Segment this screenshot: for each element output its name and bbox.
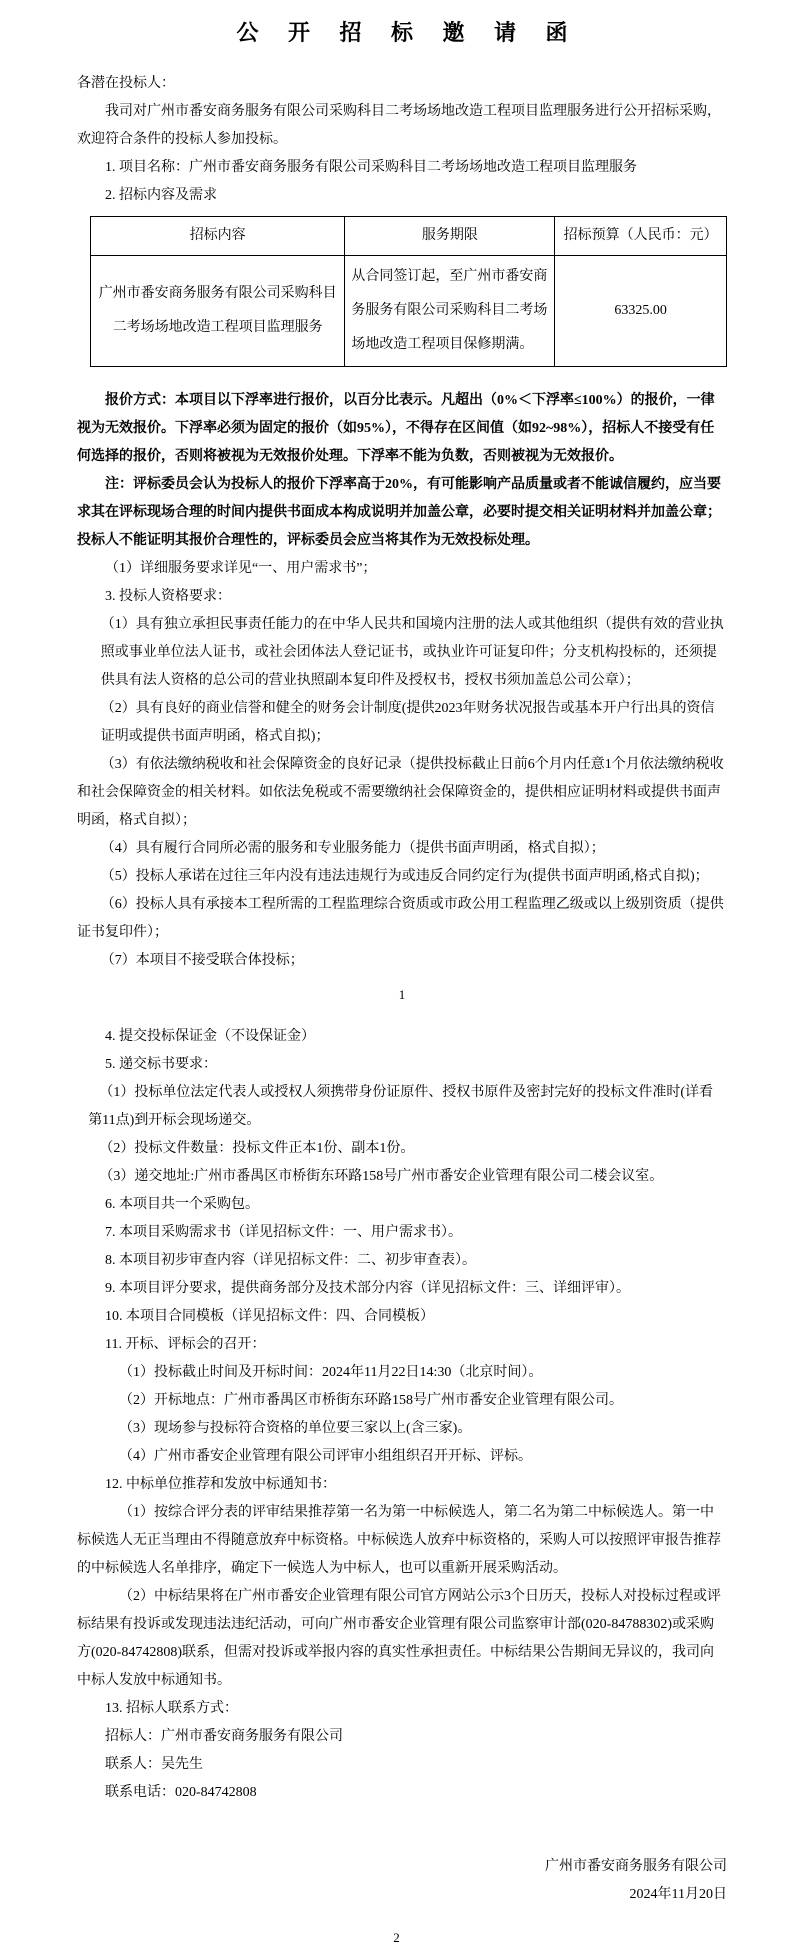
header-bid-budget: 招标预算（人民币：元） [555, 217, 727, 256]
page-number-1: 1 [77, 981, 727, 1009]
salutation: 各潜在投标人： [77, 70, 727, 98]
signature-date: 2024年11月20日 [77, 1881, 727, 1909]
qualification-4: （4）具有履行合同所必需的服务和专业服务能力（提供书面声明函，格式自拟）； [77, 835, 727, 863]
item-8-preliminary-review: 8. 本项目初步审查内容（详见招标文件：二、初步审查表）。 [77, 1247, 727, 1275]
opening-3-min-bidders: （3）现场参与投标符合资格的单位要三家以上(含三家)。 [77, 1415, 727, 1443]
item-1-project-name: 1. 项目名称：广州市番安商务服务有限公司采购科目二考场场地改造工程项目监理服务 [77, 154, 727, 182]
item-5-submission: 5. 递交标书要求： [77, 1051, 727, 1079]
item-11-bid-opening: 11. 开标、评标会的召开： [77, 1331, 727, 1359]
qualification-3: （3）有依法缴纳税收和社会保障资金的良好记录（提供投标截止日前6个月内任意1个月… [77, 751, 727, 835]
cell-service-period: 从合同签订起，至广州市番安商务服务有限公司采购科目二考场场地改造工程项目保修期满… [345, 256, 555, 367]
signature-block: 广州市番安商务服务有限公司 2024年11月20日 [77, 1853, 727, 1909]
item-3-qualification: 3. 投标人资格要求： [77, 583, 727, 611]
contact-phone: 联系电话：020-84742808 [77, 1779, 727, 1807]
item-12-award-notice: 12. 中标单位推荐和发放中标通知书： [77, 1471, 727, 1499]
document-title: 公 开 招 标 邀 请 函 [77, 16, 727, 50]
submission-1: （1）投标单位法定代表人或授权人须携带身份证原件、授权书原件及密封完好的投标文件… [88, 1079, 727, 1135]
signature-company: 广州市番安商务服务有限公司 [77, 1853, 727, 1881]
contact-company: 招标人：广州市番安商务服务有限公司 [77, 1723, 727, 1751]
spacer [77, 379, 727, 387]
bid-invitation-document: 公 开 招 标 邀 请 函 各潜在投标人： 我司对广州市番安商务服务有限公司采购… [0, 0, 793, 1956]
item-9-scoring: 9. 本项目评分要求，提供商务部分及技术部分内容（详见招标文件：三、详细评审）。 [77, 1275, 727, 1303]
detail-service-requirement: （1）详细服务要求详见“一、用户需求书”； [77, 555, 727, 583]
qualification-6: （6）投标人具有承接本工程所需的工程监理综合资质或市政公用工程监理乙级或以上级别… [77, 891, 727, 947]
item-13-contact: 13. 招标人联系方式： [77, 1695, 727, 1723]
item-2-bid-content: 2. 招标内容及需求 [77, 182, 727, 210]
page-number-2: 2 [0, 1930, 793, 1946]
opening-1-deadline: （1）投标截止时间及开标时间：2024年11月22日14:30（北京时间）。 [77, 1359, 727, 1387]
opening-4-review-group: （4）广州市番安企业管理有限公司评审小组组织召开开标、评标。 [77, 1443, 727, 1471]
award-1-candidates: （1）按综合评分表的评审结果推荐第一名为第一中标候选人，第二名为第二中标候选人。… [77, 1499, 727, 1583]
item-6-package: 6. 本项目共一个采购包。 [77, 1191, 727, 1219]
evaluation-committee-note: 注：评标委员会认为投标人的报价下浮率高于20%，有可能影响产品质量或者不能诚信履… [77, 471, 727, 555]
opening-2-location: （2）开标地点：广州市番禺区市桥街东环路158号广州市番安企业管理有限公司。 [77, 1387, 727, 1415]
award-2-publicity: （2）中标结果将在广州市番安企业管理有限公司官方网站公示3个日历天，投标人对投标… [77, 1583, 727, 1695]
qualification-2: （2）具有良好的商业信誉和健全的财务会计制度(提供2023年财务状况报告或基本开… [101, 695, 727, 751]
qualification-5: （5）投标人承诺在过往三年内没有违法违规行为或违反合同约定行为(提供书面声明函,… [77, 863, 727, 891]
header-bid-content: 招标内容 [91, 217, 345, 256]
item-7-requirement-doc: 7. 本项目采购需求书（详见招标文件：一、用户需求书）。 [77, 1219, 727, 1247]
bid-content-table: 招标内容 服务期限 招标预算（人民币：元） 广州市番安商务服务有限公司采购科目二… [90, 216, 727, 367]
table-row: 广州市番安商务服务有限公司采购科目二考场场地改造工程项目监理服务 从合同签订起，… [91, 256, 727, 367]
item-10-contract-template: 10. 本项目合同模板（详见招标文件：四、合同模板） [77, 1303, 727, 1331]
qualification-7: （7）本项目不接受联合体投标； [77, 947, 727, 975]
intro-paragraph: 我司对广州市番安商务服务有限公司采购科目二考场场地改造工程项目监理服务进行公开招… [77, 98, 727, 154]
item-4-bid-bond: 4. 提交投标保证金（不设保证金） [77, 1023, 727, 1051]
submission-2: （2）投标文件数量：投标文件正本1份、副本1份。 [88, 1135, 727, 1163]
header-service-period: 服务期限 [345, 217, 555, 256]
contact-person: 联系人：吴先生 [77, 1751, 727, 1779]
qualification-1: （1）具有独立承担民事责任能力的在中华人民共和国境内注册的法人或其他组织（提供有… [101, 611, 727, 695]
cell-bid-content: 广州市番安商务服务有限公司采购科目二考场场地改造工程项目监理服务 [91, 256, 345, 367]
cell-bid-budget: 63325.00 [555, 256, 727, 367]
submission-3: （3）递交地址:广州市番禺区市桥街东环路158号广州市番安企业管理有限公司二楼会… [88, 1163, 727, 1191]
pricing-method-note: 报价方式：本项目以下浮率进行报价，以百分比表示。凡超出（0%＜下浮率≤100%）… [77, 387, 727, 471]
table-header-row: 招标内容 服务期限 招标预算（人民币：元） [91, 217, 727, 256]
